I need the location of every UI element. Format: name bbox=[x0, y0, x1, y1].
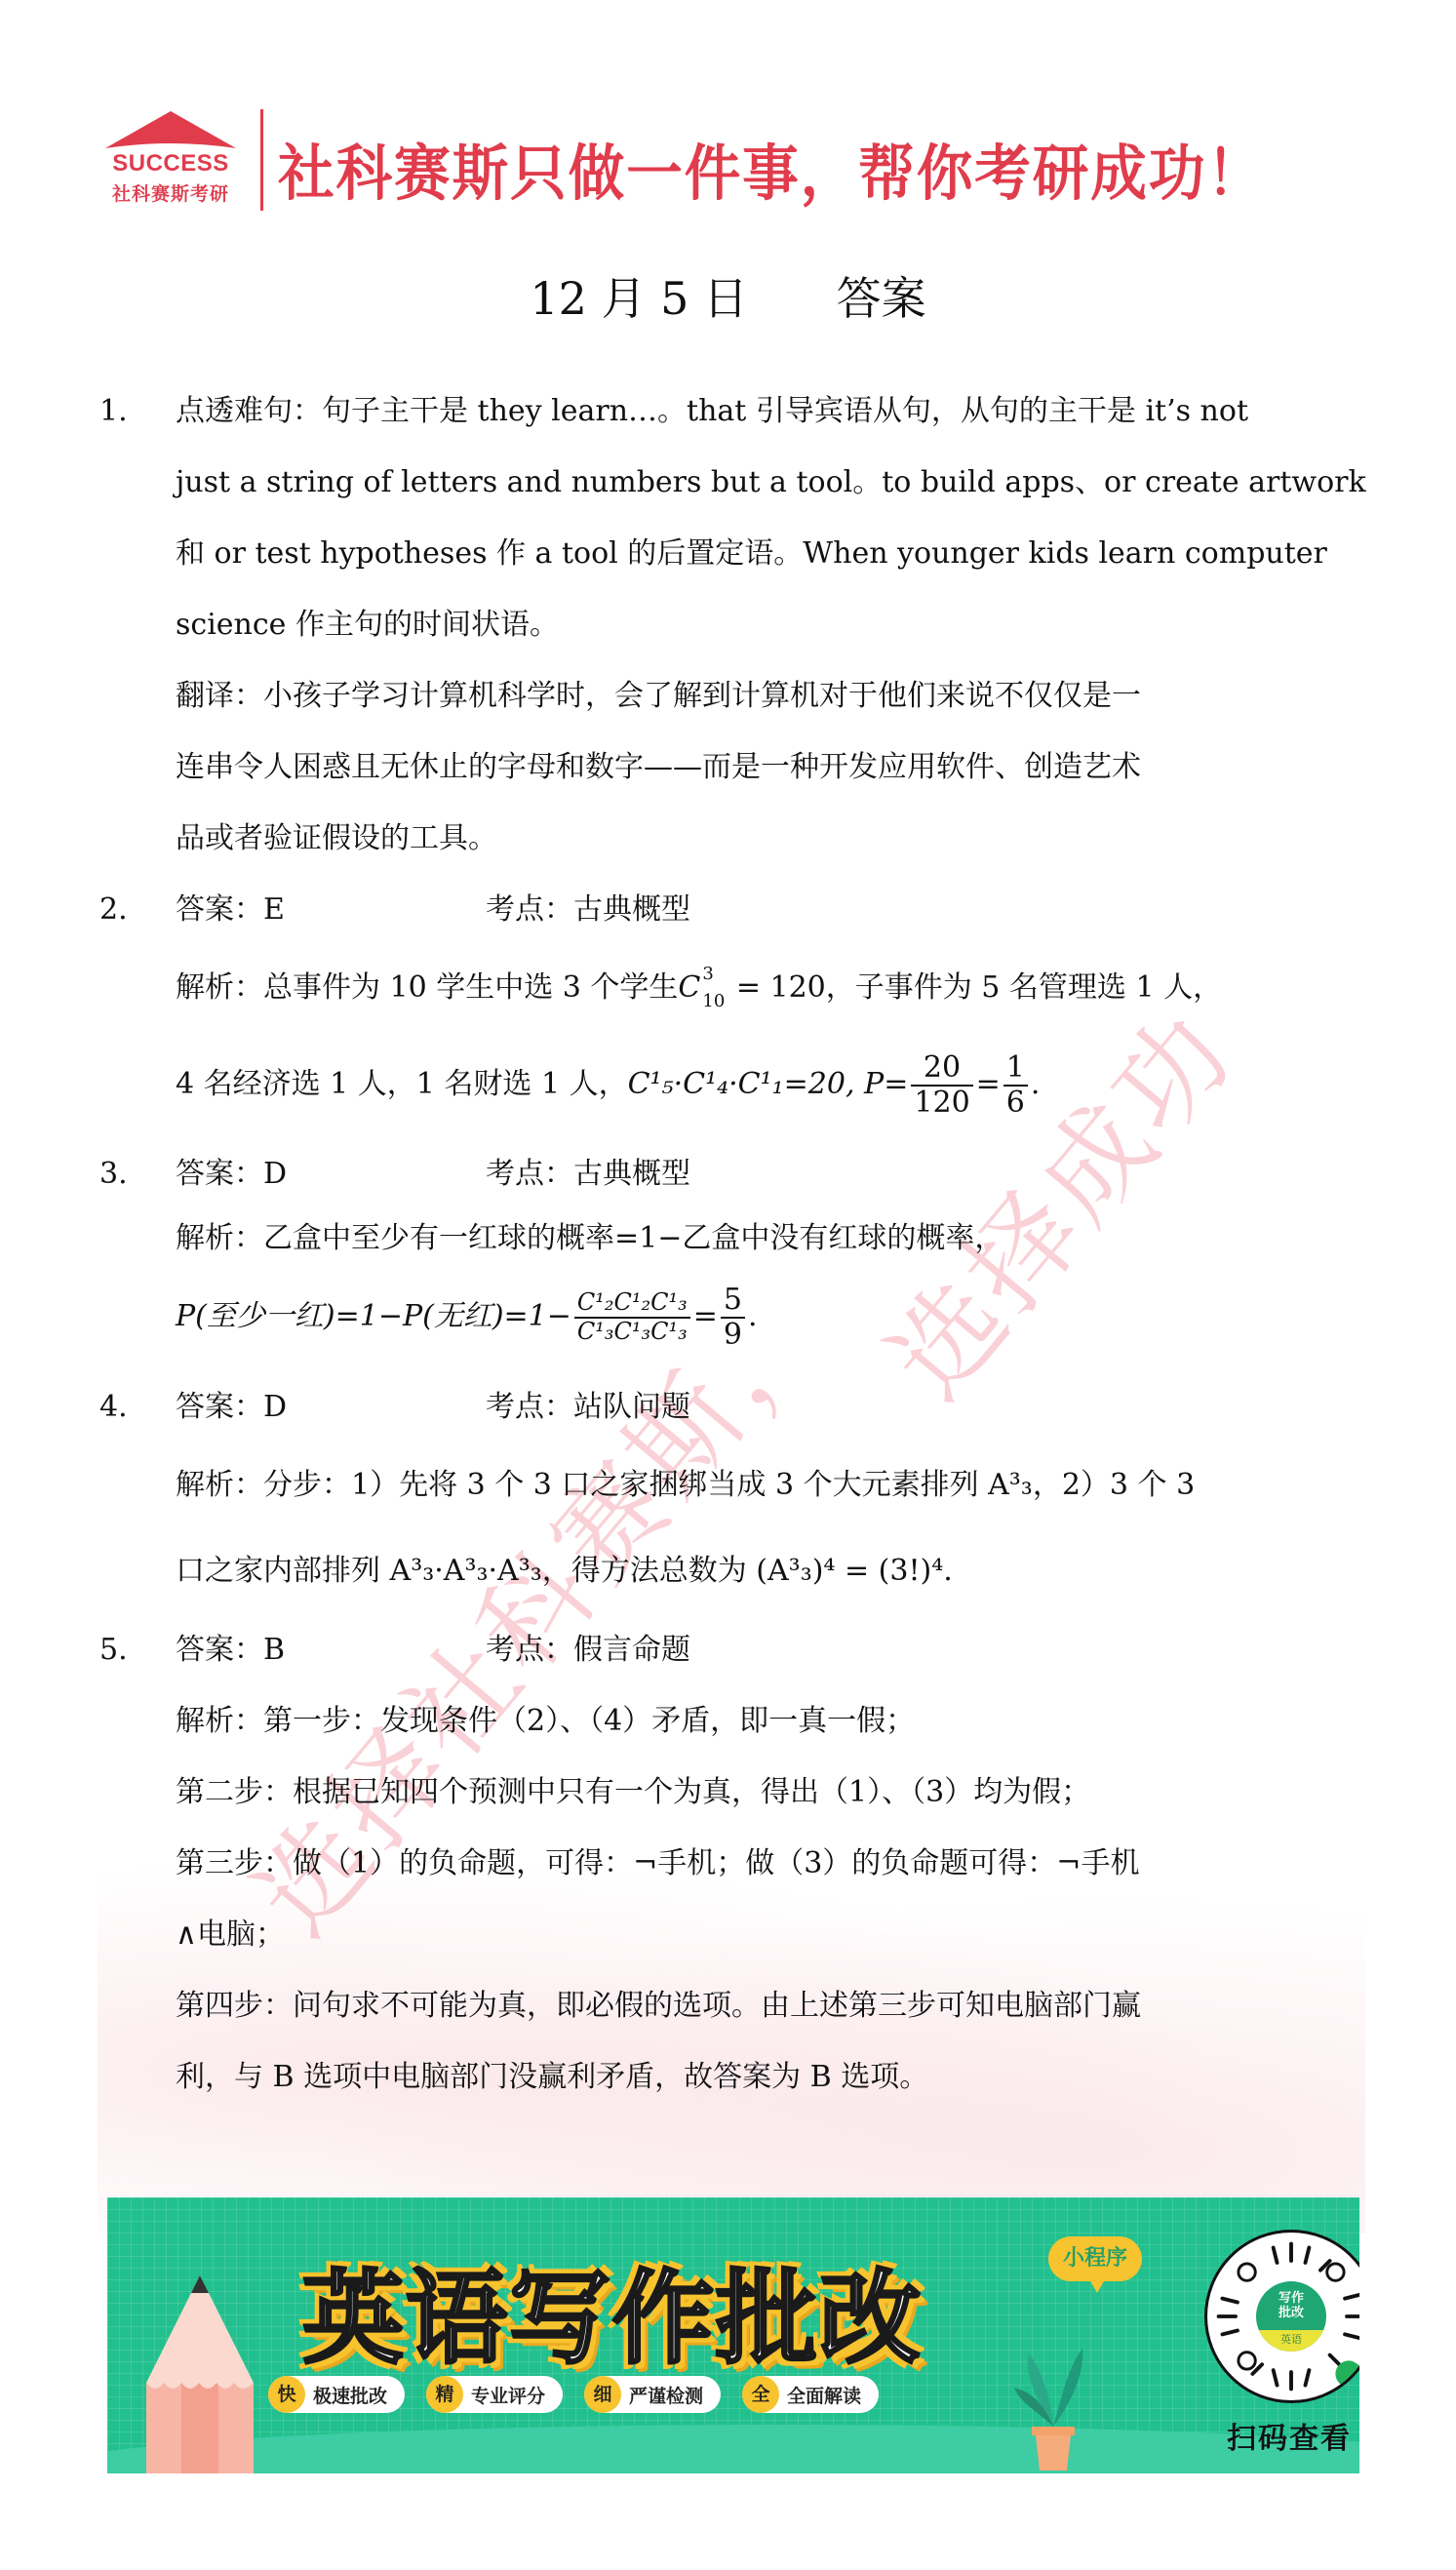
topic-label: 考点：古典概型 bbox=[486, 892, 690, 927]
item-number: 5. bbox=[99, 1614, 128, 1685]
analysis-line: 利，与 B 选项中电脑部门没赢利矛盾，故答案为 B 选项。 bbox=[176, 2041, 1377, 2113]
answer-label: 答案：B bbox=[176, 1614, 486, 1685]
item-number: 2. bbox=[99, 874, 128, 945]
denominator: C¹₃C¹₃C¹₃ bbox=[574, 1319, 690, 1346]
analysis-line: 解析：总事件为 10 学生中选 3 个学生C310 = 120，子事件为 5 名… bbox=[176, 945, 1377, 1031]
denominator: 6 bbox=[1003, 1087, 1028, 1121]
translation-line: 连串令人困惑且无休止的字母和数字——而是一种开发应用软件、创造艺术 bbox=[176, 731, 1377, 803]
page-title: 12 月 5 日 答案 bbox=[0, 263, 1456, 328]
feature-label: 全面解读 bbox=[787, 2382, 861, 2408]
item-number: 1. bbox=[99, 376, 128, 447]
feature-tag: 快 bbox=[268, 2376, 305, 2413]
denominator: 120 bbox=[911, 1087, 972, 1121]
analysis-line: 第二步：根据已知四个预测中只有一个为真，得出（1）、（3）均为假； bbox=[176, 1757, 1377, 1828]
feature-list: 快 极速批改 精 专业评分 细 严谨检测 全 全面解读 bbox=[268, 2376, 879, 2413]
answer-item-4: 4. 答案：D考点：站队问题 解析：分步：1）先将 3 个 3 口之家捆绑当成 … bbox=[99, 1371, 1377, 1614]
title-date: 12 月 5 日 bbox=[530, 272, 748, 325]
roof-icon bbox=[105, 111, 236, 154]
numerator: 1 bbox=[1003, 1051, 1028, 1087]
banner-hill-decoration bbox=[107, 2425, 1359, 2473]
fraction: C¹₂C¹₂C¹₃C¹₃C¹₃C¹₃ bbox=[574, 1289, 690, 1345]
feature-tag: 全 bbox=[742, 2376, 779, 2413]
fraction: 59 bbox=[721, 1284, 745, 1353]
numerator: 20 bbox=[911, 1051, 972, 1087]
analysis-line: 第三步：做（1）的负命题，可得：¬手机；做（3）的负命题可得：¬手机 bbox=[176, 1828, 1377, 1899]
numerator: 5 bbox=[721, 1284, 745, 1320]
analysis-line: 解析：第一步：发现条件（2）、（4）矛盾，即一真一假； bbox=[176, 1685, 1377, 1757]
analysis-line: 第四步：问句求不可能为真，即必假的选项。由上述第三步可知电脑部门赢 bbox=[176, 1970, 1377, 2041]
superscript: 3 bbox=[702, 966, 725, 983]
logo-english-text: SUCCESS bbox=[98, 150, 244, 178]
answer-content: 1. 点透难句：句子主干是 they learn…。that 引导宾语从句，从句… bbox=[99, 376, 1377, 2113]
subscript: 10 bbox=[702, 993, 725, 1010]
formula-line: P(至少一红)=1−P(无红)=1−C¹₂C¹₂C¹₃C¹₃C¹₃C¹₃=59. bbox=[176, 1268, 1377, 1365]
item-number: 3. bbox=[99, 1138, 128, 1209]
analysis-line: ∧电脑； bbox=[176, 1899, 1377, 1970]
answer-row: 答案：E考点：古典概型 bbox=[176, 874, 1377, 945]
analysis-text: 解析：总事件为 10 学生中选 3 个学生 bbox=[176, 970, 678, 1005]
qr-center-logo: 写作 批改 英语 bbox=[1256, 2281, 1326, 2352]
answer-label: 答案：D bbox=[176, 1371, 486, 1443]
answer-row: 答案：D考点：站队问题 bbox=[176, 1371, 1377, 1443]
answer-item-1: 1. 点透难句：句子主干是 they learn…。that 引导宾语从句，从句… bbox=[99, 376, 1377, 874]
answer-label: 答案：E bbox=[176, 874, 486, 945]
header-slogan: 社科赛斯只做一件事，帮你考研成功！ bbox=[278, 125, 1265, 212]
text-line: just a string of letters and numbers but… bbox=[176, 447, 1377, 518]
answer-item-3: 3. 答案：D考点：古典概型 解析：乙盒中至少有一红球的概率=1−乙盒中没有红球… bbox=[99, 1138, 1377, 1365]
qr-logo-line1: 写作 bbox=[1256, 2291, 1326, 2306]
text-line: 和 or test hypotheses 作 a tool 的后置定语。When… bbox=[176, 518, 1377, 589]
success-logo: SUCCESS 社科赛斯考研 bbox=[98, 107, 244, 215]
topic-label: 考点：站队问题 bbox=[486, 1390, 690, 1424]
answer-item-2: 2. 答案：E考点：古典概型 解析：总事件为 10 学生中选 3 个学生C310… bbox=[99, 874, 1377, 1138]
page-header: SUCCESS 社科赛斯考研 社科赛斯只做一件事，帮你考研成功！ bbox=[98, 107, 1385, 215]
header-divider bbox=[260, 109, 263, 211]
qr-logo-sub: 英语 bbox=[1256, 2330, 1326, 2352]
math-formula: C¹₅·C¹₄·C¹₁=20, P= bbox=[628, 1067, 909, 1101]
answer-label: 答案：D bbox=[176, 1138, 486, 1209]
mini-program-badge: 小程序 bbox=[1048, 2236, 1142, 2281]
title-label: 答案 bbox=[837, 272, 926, 325]
fraction: 16 bbox=[1003, 1051, 1028, 1121]
potted-plant-icon bbox=[1014, 2334, 1092, 2471]
analysis-line: 4 名经济选 1 人，1 名财选 1 人，C¹₅·C¹₄·C¹₁=20, P=2… bbox=[176, 1031, 1377, 1138]
math-symbol: C bbox=[678, 970, 700, 1005]
analysis-text: = 120，子事件为 5 名管理选 1 人， bbox=[727, 970, 1222, 1005]
topic-label: 考点：古典概型 bbox=[486, 1157, 690, 1191]
fraction: 20120 bbox=[911, 1051, 972, 1121]
math-formula: P(至少一红)=1−P(无红)=1− bbox=[176, 1299, 571, 1333]
logo-chinese-text: 社科赛斯考研 bbox=[98, 179, 244, 206]
math-index: 310 bbox=[702, 971, 725, 1007]
answer-row: 答案：B考点：假言命题 bbox=[176, 1614, 1377, 1685]
numerator: C¹₂C¹₂C¹₃ bbox=[574, 1289, 690, 1319]
banner-title: 英语写作批改 bbox=[302, 2236, 923, 2383]
translation-line: 翻译：小孩子学习计算机科学时，会了解到计算机对于他们来说不仅仅是一 bbox=[176, 660, 1377, 731]
writing-correction-banner[interactable]: 英语写作批改 小程序 快 极速批改 精 专业评分 细 严谨检测 全 全面解读 bbox=[107, 2197, 1359, 2473]
feature-label: 严谨检测 bbox=[629, 2382, 703, 2408]
feature-detailed: 细 严谨检测 bbox=[584, 2376, 721, 2413]
mini-program-qr-code[interactable]: 写作 批改 英语 bbox=[1204, 2230, 1359, 2403]
analysis-line: 解析：乙盒中至少有一红球的概率=1−乙盒中没有红球的概率， bbox=[176, 1209, 1377, 1268]
feature-tag: 细 bbox=[584, 2376, 621, 2413]
pencil-icon bbox=[137, 2275, 263, 2473]
qr-logo-line2: 批改 bbox=[1256, 2306, 1326, 2320]
feature-label: 专业评分 bbox=[471, 2382, 545, 2408]
analysis-text: 4 名经济选 1 人，1 名财选 1 人， bbox=[176, 1067, 628, 1101]
feature-comprehensive: 全 全面解读 bbox=[742, 2376, 879, 2413]
feature-label: 极速批改 bbox=[313, 2382, 387, 2408]
denominator: 9 bbox=[721, 1319, 745, 1353]
feature-precise: 精 专业评分 bbox=[426, 2376, 563, 2413]
answer-row: 答案：D考点：古典概型 bbox=[176, 1138, 1377, 1209]
feature-tag: 精 bbox=[426, 2376, 463, 2413]
translation-line: 品或者验证假设的工具。 bbox=[176, 803, 1377, 874]
feature-fast: 快 极速批改 bbox=[268, 2376, 405, 2413]
analysis-line: 口之家内部排列 A³₃·A³₃·A³₃，得方法总数为 (A³₃)⁴ = (3!)… bbox=[176, 1528, 1377, 1614]
answer-item-5: 5. 答案：B考点：假言命题 解析：第一步：发现条件（2）、（4）矛盾，即一真一… bbox=[99, 1614, 1377, 2113]
topic-label: 考点：假言命题 bbox=[486, 1633, 690, 1667]
scan-to-view-label: 扫码查看 bbox=[1227, 2414, 1352, 2457]
text-line: 点透难句：句子主干是 they learn…。that 引导宾语从句，从句的主干… bbox=[176, 376, 1377, 447]
item-number: 4. bbox=[99, 1371, 128, 1443]
analysis-line: 解析：分步：1）先将 3 个 3 口之家捆绑当成 3 个大元素排列 A³₃，2）… bbox=[176, 1443, 1377, 1528]
text-line: science 作主句的时间状语。 bbox=[176, 589, 1377, 660]
